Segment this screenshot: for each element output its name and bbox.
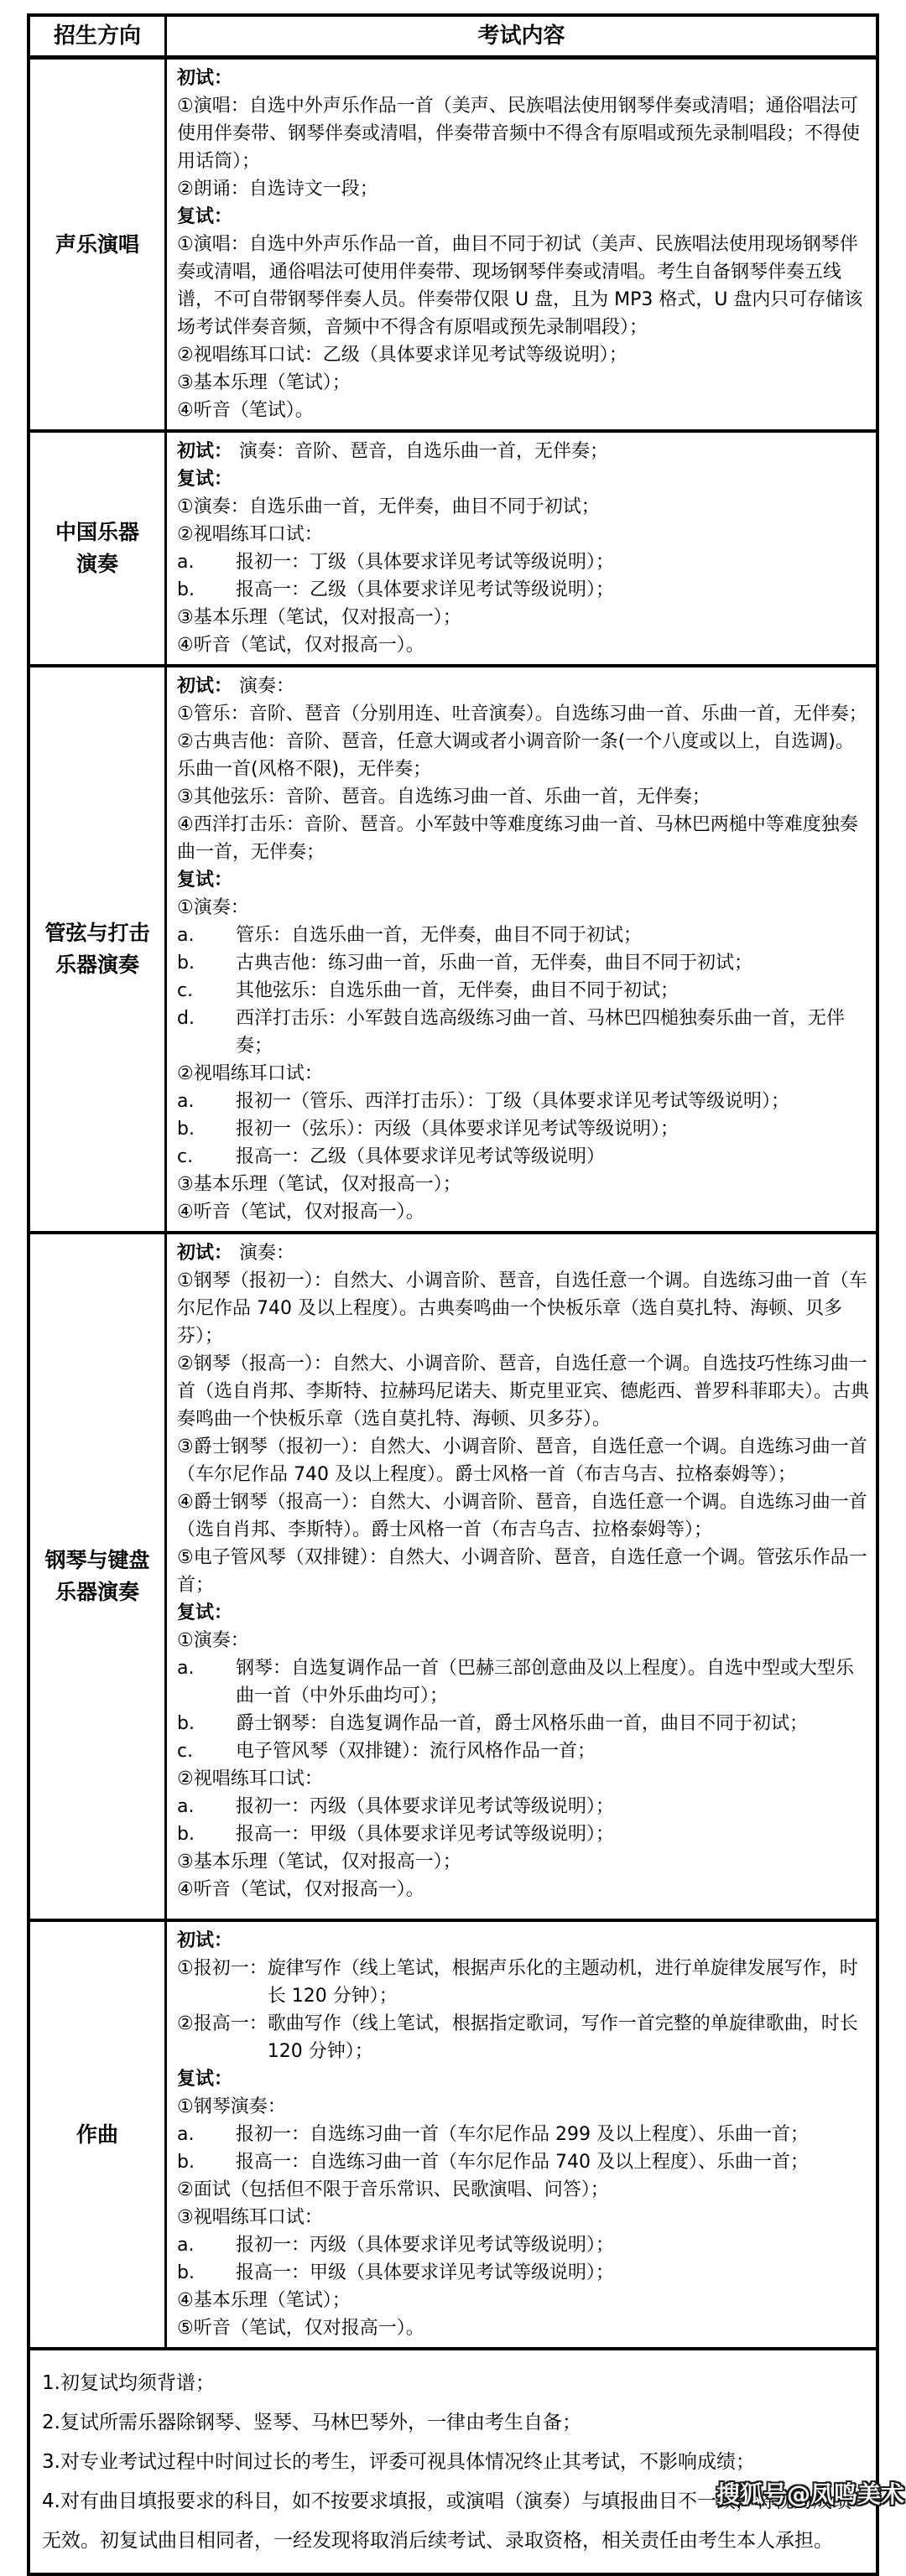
line-text: 演奏： [239, 1243, 294, 1264]
line-text: ②古典吉他：音阶、琶音，任意大调或者小调音阶一条(一个八度或以上，自选调)。乐曲… [177, 731, 854, 780]
list-marker: a. [177, 548, 236, 576]
line-text: ⑤听音（笔试，仅对报高一）。 [177, 2318, 424, 2339]
line-text: 管乐：自选乐曲一首，无伴奏，曲目不同于初试； [236, 922, 869, 949]
list-marker: b. [177, 1820, 236, 1848]
exam-content-cell: 初试：①演唱：自选中外声乐作品一首（美声、民族唱法使用钢琴伴奏或清唱；通俗唱法可… [167, 60, 876, 429]
content-line: ③爵士钢琴（报初一）：自然大、小调音阶、琶音，自选任意一个调。自选练习曲一首（车… [177, 1433, 869, 1488]
content-line: a.报初一（管乐、西洋打击乐）：丁级（具体要求详见考试等级说明）； [177, 1088, 869, 1115]
content-line: a.报初一：自选练习曲一首（车尔尼作品 299 及以上程度）、乐曲一首； [177, 2121, 869, 2148]
phase-label: 初试： [177, 1930, 232, 1951]
content-line: 复试： [177, 1599, 869, 1627]
line-text: ③基本乐理（笔试，仅对报高一）； [177, 607, 461, 628]
content-line: c.电子管风琴（双排键）：流行风格作品一首； [177, 1737, 869, 1765]
direction-cell: 声乐演唱 [30, 60, 167, 429]
line-text: 报初一（管乐、西洋打击乐）：丁级（具体要求详见考试等级说明）； [236, 1088, 869, 1115]
list-marker: b. [177, 2148, 236, 2176]
content-line: a.报初一：丙级（具体要求详见考试等级说明）； [177, 1793, 869, 1820]
table-header-row: 招生方向 考试内容 [30, 17, 876, 60]
line-text: ①钢琴演奏： [177, 2096, 286, 2117]
line-text: 报高一：乙级（具体要求详见考试等级说明）； [236, 576, 869, 604]
list-marker: c. [177, 1143, 236, 1171]
list-marker: a. [177, 1793, 236, 1820]
content-line: ③基本乐理（笔试，仅对报高一）； [177, 604, 869, 631]
content-line: ④听音（笔试，仅对报高一）。 [177, 1876, 869, 1903]
phase-label: 复试： [177, 1602, 232, 1623]
content-line: ④听音（笔试，仅对报高一）。 [177, 1198, 869, 1226]
content-line: ③其他弦乐：音阶、琶音。自选练习曲一首、乐曲一首，无伴奏； [177, 783, 869, 811]
content-line: 初试：演奏：音阶、琶音，自选乐曲一首，无伴奏； [177, 438, 869, 465]
line-text: ①演唱：自选中外声乐作品一首，曲目不同于初试（美声、民族唱法使用现场钢琴伴奏或清… [177, 234, 862, 338]
content-line: ②报高一：歌曲写作（线上笔试，根据指定歌词，写作一首完整的单旋律歌曲，时长 12… [177, 2010, 869, 2065]
line-text: ②视唱练耳口试：乙级（具体要求详见考试等级说明）； [177, 345, 627, 366]
content-line: a.钢琴：自选复调作品一首（巴赫三部创意曲及以上程度）。自选中型或大型乐曲一首（… [177, 1654, 869, 1710]
line-text: ④听音（笔试，仅对报高一）。 [177, 635, 424, 656]
content-line: ②视唱练耳口试： [177, 1765, 869, 1793]
content-line: 复试： [177, 866, 869, 894]
content-line: b.报高一：甲级（具体要求详见考试等级说明）； [177, 2259, 869, 2287]
content-line: ①钢琴演奏： [177, 2093, 869, 2121]
phase-label: 初试： [177, 1243, 232, 1264]
content-line: ②朗诵：自选诗文一段； [177, 175, 869, 203]
list-marker: b. [177, 1710, 236, 1737]
line-text: ③爵士钢琴（报初一）：自然大、小调音阶、琶音，自选任意一个调。自选练习曲一首（车… [177, 1436, 867, 1485]
line-text: ②钢琴（报高一）：自然大、小调音阶、琶音，自选任意一个调。自选技巧性练习曲一首（… [177, 1353, 869, 1430]
line-text: 电子管风琴（双排键）：流行风格作品一首； [236, 1737, 869, 1765]
watermark-text: 搜狐号@凤鸣美术 [716, 2476, 904, 2510]
line-text: 其他弦乐：自选乐曲一首，无伴奏，曲目不同于初试； [236, 977, 869, 1005]
content-line: ②视唱练耳口试： [177, 521, 869, 548]
notes-section: 1.初复试均须背谱；2.复试所需乐器除钢琴、竖琴、马林巴琴外，一律由考生自备；3… [30, 2350, 876, 2573]
line-text: ①演奏： [177, 1630, 249, 1651]
line-text: ①演奏： [177, 897, 249, 918]
table-row: 管弦与打击 乐器演奏 初试：演奏：①管乐：音阶、琶音（分别用连、吐音演奏）。自选… [30, 667, 876, 1234]
list-marker: d. [177, 1005, 236, 1060]
line-text: 西洋打击乐：小军鼓自选高级练习曲一首、马林巴四槌独奏乐曲一首，无伴奏； [236, 1005, 869, 1060]
content-line: b.报高一：自选练习曲一首（车尔尼作品 740 及以上程度）、乐曲一首； [177, 2148, 869, 2176]
line-text: 报高一：自选练习曲一首（车尔尼作品 740 及以上程度）、乐曲一首； [236, 2148, 869, 2176]
line-text: ②视唱练耳口试： [177, 1768, 323, 1789]
exam-content-cell: 初试：①报初一：旋律写作（线上笔试，根据声乐化的主题动机，进行单旋律发展写作，时… [167, 1922, 876, 2347]
list-marker: b. [177, 2259, 236, 2287]
exam-content-cell: 初试：演奏：音阶、琶音，自选乐曲一首，无伴奏；复试：①演奏：自选乐曲一首，无伴奏… [167, 433, 876, 664]
list-marker: a. [177, 2121, 236, 2148]
line-text: ④听音（笔试）。 [177, 400, 314, 421]
line-text: ①管乐：音阶、琶音（分别用连、吐音演奏）。自选练习曲一首、乐曲一首，无伴奏； [177, 704, 867, 724]
line-text: ③基本乐理（笔试）； [177, 372, 351, 393]
line-text: ②视唱练耳口试： [177, 524, 323, 545]
phase-label: 初试： [177, 68, 232, 89]
content-line: b.报高一：甲级（具体要求详见考试等级说明）； [177, 1820, 869, 1848]
content-line: ④基本乐理（笔试）； [177, 2287, 869, 2314]
content-line: ②视唱练耳口试：乙级（具体要求详见考试等级说明）； [177, 341, 869, 369]
line-text: ③基本乐理（笔试，仅对报高一）； [177, 1851, 461, 1872]
line-text: ④听音（笔试，仅对报高一）。 [177, 1879, 424, 1900]
content-line: ①报初一：旋律写作（线上笔试，根据声乐化的主题动机，进行单旋律发展写作，时长 1… [177, 1955, 869, 2010]
table-row: 声乐演唱 初试：①演唱：自选中外声乐作品一首（美声、民族唱法使用钢琴伴奏或清唱；… [30, 60, 876, 433]
phase-label: 初试： [177, 441, 232, 462]
content-line: 复试： [177, 2065, 869, 2093]
line-text: 演奏： [239, 676, 294, 697]
direction-cell: 管弦与打击 乐器演奏 [30, 667, 167, 1231]
line-text: ②面试（包括但不限于音乐常识、民歌演唱、问答）； [177, 2179, 609, 2200]
content-line: 复试： [177, 465, 869, 493]
list-marker: a. [177, 2231, 236, 2259]
content-line: b.爵士钢琴：自选复调作品一首，爵士风格乐曲一首，曲目不同于初试； [177, 1710, 869, 1737]
line-text: 报初一：自选练习曲一首（车尔尼作品 299 及以上程度）、乐曲一首； [236, 2121, 869, 2148]
content-line: ①演唱：自选中外声乐作品一首（美声、民族唱法使用钢琴伴奏或清唱；通俗唱法可使用伴… [177, 92, 869, 175]
content-line: 初试：演奏： [177, 1239, 869, 1267]
table-body: 声乐演唱 初试：①演唱：自选中外声乐作品一首（美声、民族唱法使用钢琴伴奏或清唱；… [30, 60, 876, 2350]
list-marker: b. [177, 949, 236, 977]
line-text: 旋律写作（线上笔试，根据声乐化的主题动机，进行单旋律发展写作，时长 120 分钟… [268, 1955, 869, 2010]
line-text: 钢琴：自选复调作品一首（巴赫三部创意曲及以上程度）。自选中型或大型乐曲一首（中外… [236, 1654, 869, 1710]
content-line: c.报高一：乙级（具体要求详见考试等级说明） [177, 1143, 869, 1171]
line-text: ④爵士钢琴（报高一）：自然大、小调音阶、琶音，自选任意一个调。自选练习曲一首（选… [177, 1492, 867, 1540]
content-line: ③基本乐理（笔试）； [177, 369, 869, 397]
content-line: ①钢琴（报初一）：自然大、小调音阶、琶音，自选任意一个调。自选练习曲一首（车尔尼… [177, 1267, 869, 1350]
note-line: 2.复试所需乐器除钢琴、竖琴、马林巴琴外，一律由考生自备； [42, 2403, 864, 2443]
line-text: ⑤电子管风琴（双排键）：自然大、小调音阶、琶音，自选任意一个调。管弦乐作品一首； [177, 1547, 867, 1596]
line-text: 古典吉他：练习曲一首，乐曲一首，无伴奏，曲目不同于初试； [236, 949, 869, 977]
line-text: 报高一：甲级（具体要求详见考试等级说明）； [236, 2259, 869, 2287]
phase-label: 复试： [177, 469, 232, 490]
line-text: ③其他弦乐：音阶、琶音。自选练习曲一首、乐曲一首，无伴奏； [177, 787, 711, 808]
line-text: 报高一：甲级（具体要求详见考试等级说明）； [236, 1820, 869, 1848]
line-text: 报初一：丙级（具体要求详见考试等级说明）； [236, 2231, 869, 2259]
content-line: ④听音（笔试，仅对报高一）。 [177, 631, 869, 659]
phase-label: 复试： [177, 870, 232, 891]
content-line: ④爵士钢琴（报高一）：自然大、小调音阶、琶音，自选任意一个调。自选练习曲一首（选… [177, 1488, 869, 1544]
line-text: 歌曲写作（线上笔试，根据指定歌词，写作一首完整的单旋律歌曲，时长 120 分钟）… [268, 2010, 869, 2065]
content-line: ③视唱练耳口试： [177, 2204, 869, 2231]
list-marker: a. [177, 1088, 236, 1115]
line-text: ③基本乐理（笔试，仅对报高一）； [177, 1174, 461, 1195]
content-line: c.其他弦乐：自选乐曲一首，无伴奏，曲目不同于初试； [177, 977, 869, 1005]
exam-requirements-table: 招生方向 考试内容 声乐演唱 初试：①演唱：自选中外声乐作品一首（美声、民族唱法… [27, 13, 879, 2576]
line-text: ④基本乐理（笔试）； [177, 2290, 351, 2311]
list-marker: ②报高一： [177, 2010, 268, 2065]
content-line: ①演奏：自选乐曲一首，无伴奏，曲目不同于初试； [177, 493, 869, 521]
content-line: ③基本乐理（笔试，仅对报高一）； [177, 1171, 869, 1198]
line-text: 报初一（弦乐）：丙级（具体要求详见考试等级说明）； [236, 1115, 869, 1143]
content-line: ②钢琴（报高一）：自然大、小调音阶、琶音，自选任意一个调。自选技巧性练习曲一首（… [177, 1350, 869, 1433]
line-text: 报高一：乙级（具体要求详见考试等级说明） [236, 1143, 869, 1171]
list-marker: c. [177, 977, 236, 1005]
content-line: ②视唱练耳口试： [177, 1060, 869, 1088]
table-row: 钢琴与键盘 乐器演奏 初试：演奏：①钢琴（报初一）：自然大、小调音阶、琶音，自选… [30, 1234, 876, 1922]
content-line: ③基本乐理（笔试，仅对报高一）； [177, 1848, 869, 1876]
content-line: ④听音（笔试）。 [177, 397, 869, 424]
phase-label: 复试： [177, 2069, 232, 2090]
line-text: ④西洋打击乐：音阶、琶音。小军鼓中等难度练习曲一首、马林巴两槌中等难度独奏曲一首… [177, 814, 858, 863]
list-marker: a. [177, 1654, 236, 1710]
table-row: 中国乐器 演奏 初试：演奏：音阶、琶音，自选乐曲一首，无伴奏；复试：①演奏：自选… [30, 433, 876, 667]
direction-cell: 钢琴与键盘 乐器演奏 [30, 1234, 167, 1919]
list-marker: a. [177, 922, 236, 949]
direction-cell: 中国乐器 演奏 [30, 433, 167, 664]
content-line: ②古典吉他：音阶、琶音，任意大调或者小调音阶一条(一个八度或以上，自选调)。乐曲… [177, 728, 869, 783]
content-line: 复试： [177, 203, 869, 231]
note-line: 1.初复试均须背谱； [42, 2364, 864, 2403]
content-line: ①演奏： [177, 1627, 869, 1654]
direction-cell: 作曲 [30, 1922, 167, 2347]
content-line: ①演唱：自选中外声乐作品一首，曲目不同于初试（美声、民族唱法使用现场钢琴伴奏或清… [177, 231, 869, 341]
list-marker: c. [177, 1737, 236, 1765]
line-text: ①演奏：自选乐曲一首，无伴奏，曲目不同于初试； [177, 496, 600, 517]
content-line: b.古典吉他：练习曲一首，乐曲一首，无伴奏，曲目不同于初试； [177, 949, 869, 977]
list-marker: b. [177, 576, 236, 604]
content-line: ①演奏： [177, 894, 869, 922]
line-text: ②朗诵：自选诗文一段； [177, 179, 378, 200]
content-line: ⑤听音（笔试，仅对报高一）。 [177, 2314, 869, 2342]
content-line: b.报初一（弦乐）：丙级（具体要求详见考试等级说明）； [177, 1115, 869, 1143]
content-line: b.报高一：乙级（具体要求详见考试等级说明）； [177, 576, 869, 604]
phase-label: 复试： [177, 206, 232, 227]
content-line: ④西洋打击乐：音阶、琶音。小军鼓中等难度练习曲一首、马林巴两槌中等难度独奏曲一首… [177, 811, 869, 866]
content-line: a.报初一：丙级（具体要求详见考试等级说明）； [177, 2231, 869, 2259]
content-line: ⑤电子管风琴（双排键）：自然大、小调音阶、琶音，自选任意一个调。管弦乐作品一首； [177, 1544, 869, 1599]
header-direction-cell: 招生方向 [30, 17, 167, 55]
content-line: 初试：演奏： [177, 673, 869, 700]
list-marker: b. [177, 1115, 236, 1143]
content-line: ①管乐：音阶、琶音（分别用连、吐音演奏）。自选练习曲一首、乐曲一首，无伴奏； [177, 700, 869, 728]
content-line: 初试： [177, 65, 869, 92]
line-text: ③视唱练耳口试： [177, 2207, 323, 2228]
content-line: 初试： [177, 1927, 869, 1955]
header-content-cell: 考试内容 [167, 17, 876, 55]
content-line: d.西洋打击乐：小军鼓自选高级练习曲一首、马林巴四槌独奏乐曲一首，无伴奏； [177, 1005, 869, 1060]
line-text: ①演唱：自选中外声乐作品一首（美声、民族唱法使用钢琴伴奏或清唱；通俗唱法可使用伴… [177, 96, 860, 172]
line-text: ②视唱练耳口试： [177, 1063, 323, 1084]
content-line: a.管乐：自选乐曲一首，无伴奏，曲目不同于初试； [177, 922, 869, 949]
line-text: 报初一：丁级（具体要求详见考试等级说明）； [236, 548, 869, 576]
line-text: 报初一：丙级（具体要求详见考试等级说明）； [236, 1793, 869, 1820]
line-text: 爵士钢琴：自选复调作品一首，爵士风格乐曲一首，曲目不同于初试； [236, 1710, 869, 1737]
line-text: ①钢琴（报初一）：自然大、小调音阶、琶音，自选任意一个调。自选练习曲一首（车尔尼… [177, 1270, 867, 1347]
phase-label: 初试： [177, 676, 232, 697]
exam-content-cell: 初试：演奏：①管乐：音阶、琶音（分别用连、吐音演奏）。自选练习曲一首、乐曲一首，… [167, 667, 876, 1231]
exam-content-cell: 初试：演奏：①钢琴（报初一）：自然大、小调音阶、琶音，自选任意一个调。自选练习曲… [167, 1234, 876, 1919]
list-marker: ①报初一： [177, 1955, 268, 2010]
content-line: a.报初一：丁级（具体要求详见考试等级说明）； [177, 548, 869, 576]
table-row: 作曲 初试：①报初一：旋律写作（线上笔试，根据声乐化的主题动机，进行单旋律发展写… [30, 1922, 876, 2350]
line-text: ④听音（笔试，仅对报高一）。 [177, 1202, 424, 1223]
content-line: ②面试（包括但不限于音乐常识、民歌演唱、问答）； [177, 2176, 869, 2204]
line-text: 演奏：音阶、琶音，自选乐曲一首，无伴奏； [239, 441, 608, 462]
